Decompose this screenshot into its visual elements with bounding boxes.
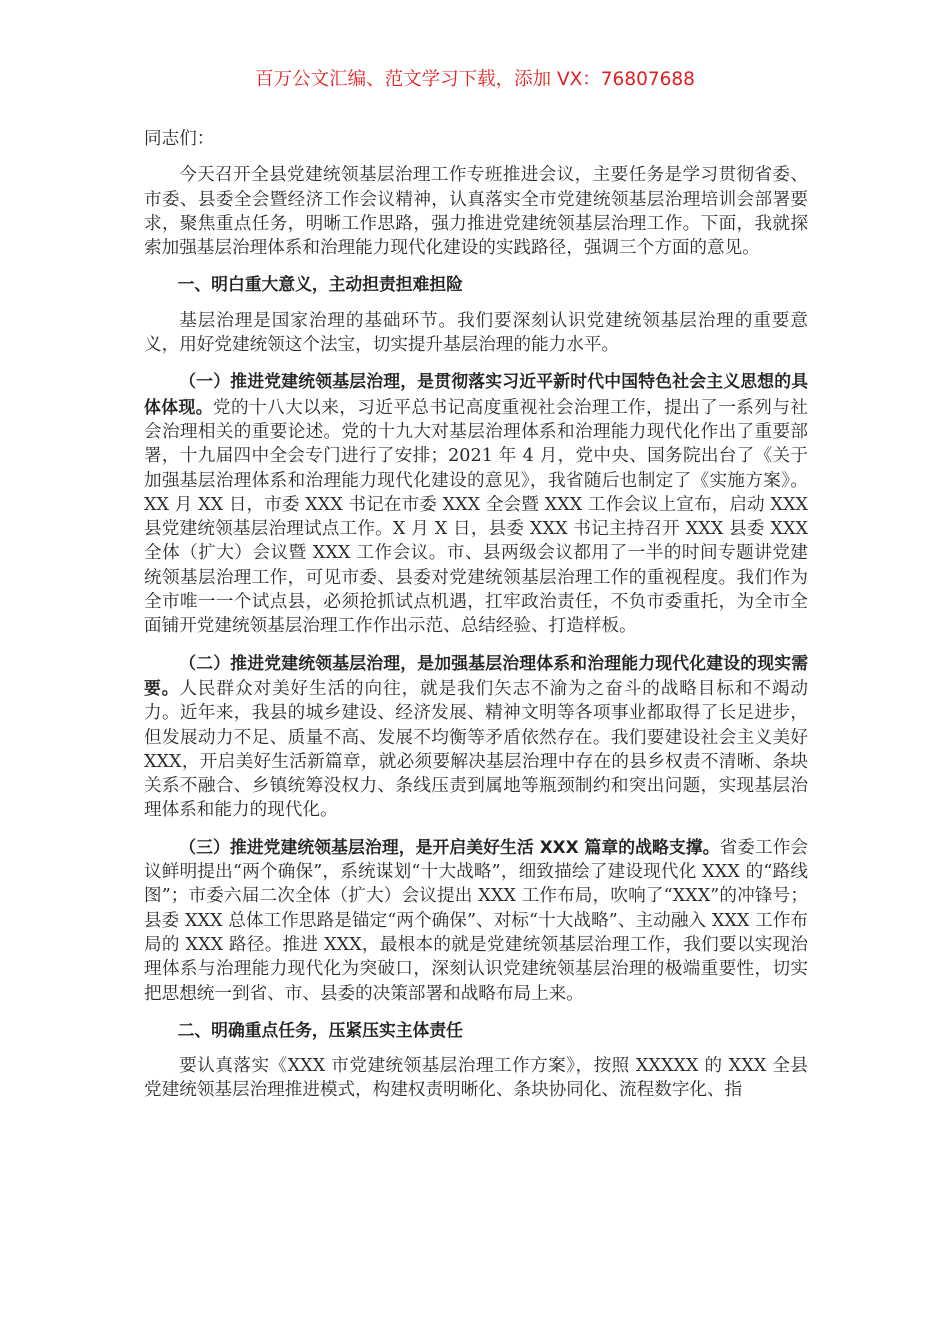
promo-banner: 百万公文汇编、范文学习下载，添加 VX：76807688 (0, 66, 950, 94)
section-1-point-3: （三）推进党建统领基层治理，是开启美好生活 XXX 篇章的战略支撑。省委工作会议… (144, 835, 808, 1006)
document-page: 百万公文汇编、范文学习下载，添加 VX：76807688 同志们： 今天召开全县… (0, 0, 950, 1344)
point-3-lead: （三）推进党建统领基层治理，是开启美好生活 XXX 篇章的战略支撑。 (179, 837, 719, 857)
section-1-intro: 基层治理是国家治理的基础环节。我们要深刻认识党建统领基层治理的重要意义，用好党建… (144, 309, 808, 358)
point-2-body: 人民群众对美好生活的向往，就是我们矢志不渝为之奋斗的战略目标和不竭动力。近年来，… (144, 679, 808, 820)
point-1-body: 党的十八大以来，习近平总书记高度重视社会治理工作，提出了一系列与社会治理相关的重… (144, 398, 808, 637)
document-body: 同志们： 今天召开全县党建统领基层治理工作专班推进会议，主要任务是学习贯彻省委、… (144, 127, 808, 1115)
section-1-point-1: （一）推进党建统领基层治理，是贯彻落实习近平新时代中国特色社会主义思想的具体体现… (144, 369, 808, 638)
salutation: 同志们： (144, 127, 808, 151)
intro-paragraph: 今天召开全县党建统领基层治理工作专班推进会议，主要任务是学习贯彻省委、市委、县委… (144, 163, 808, 260)
point-3-body: 省委工作会议鲜明提出“两个确保”，系统谋划“十大战略”，细致描绘了建设现代化 X… (144, 838, 808, 1004)
section-2-intro: 要认真落实《XXX 市党建统领基层治理工作方案》，按照 XXXXX 的 XXX … (144, 1054, 808, 1103)
section-1-point-2: （二）推进党建统领基层治理，是加强基层治理体系和治理能力现代化建设的现实需要。人… (144, 651, 808, 823)
section-2-heading: 二、明确重点任务，压紧压实主体责任 (144, 1018, 808, 1042)
section-1-heading: 一、明白重大意义，主动担责担难担险 (144, 272, 808, 296)
